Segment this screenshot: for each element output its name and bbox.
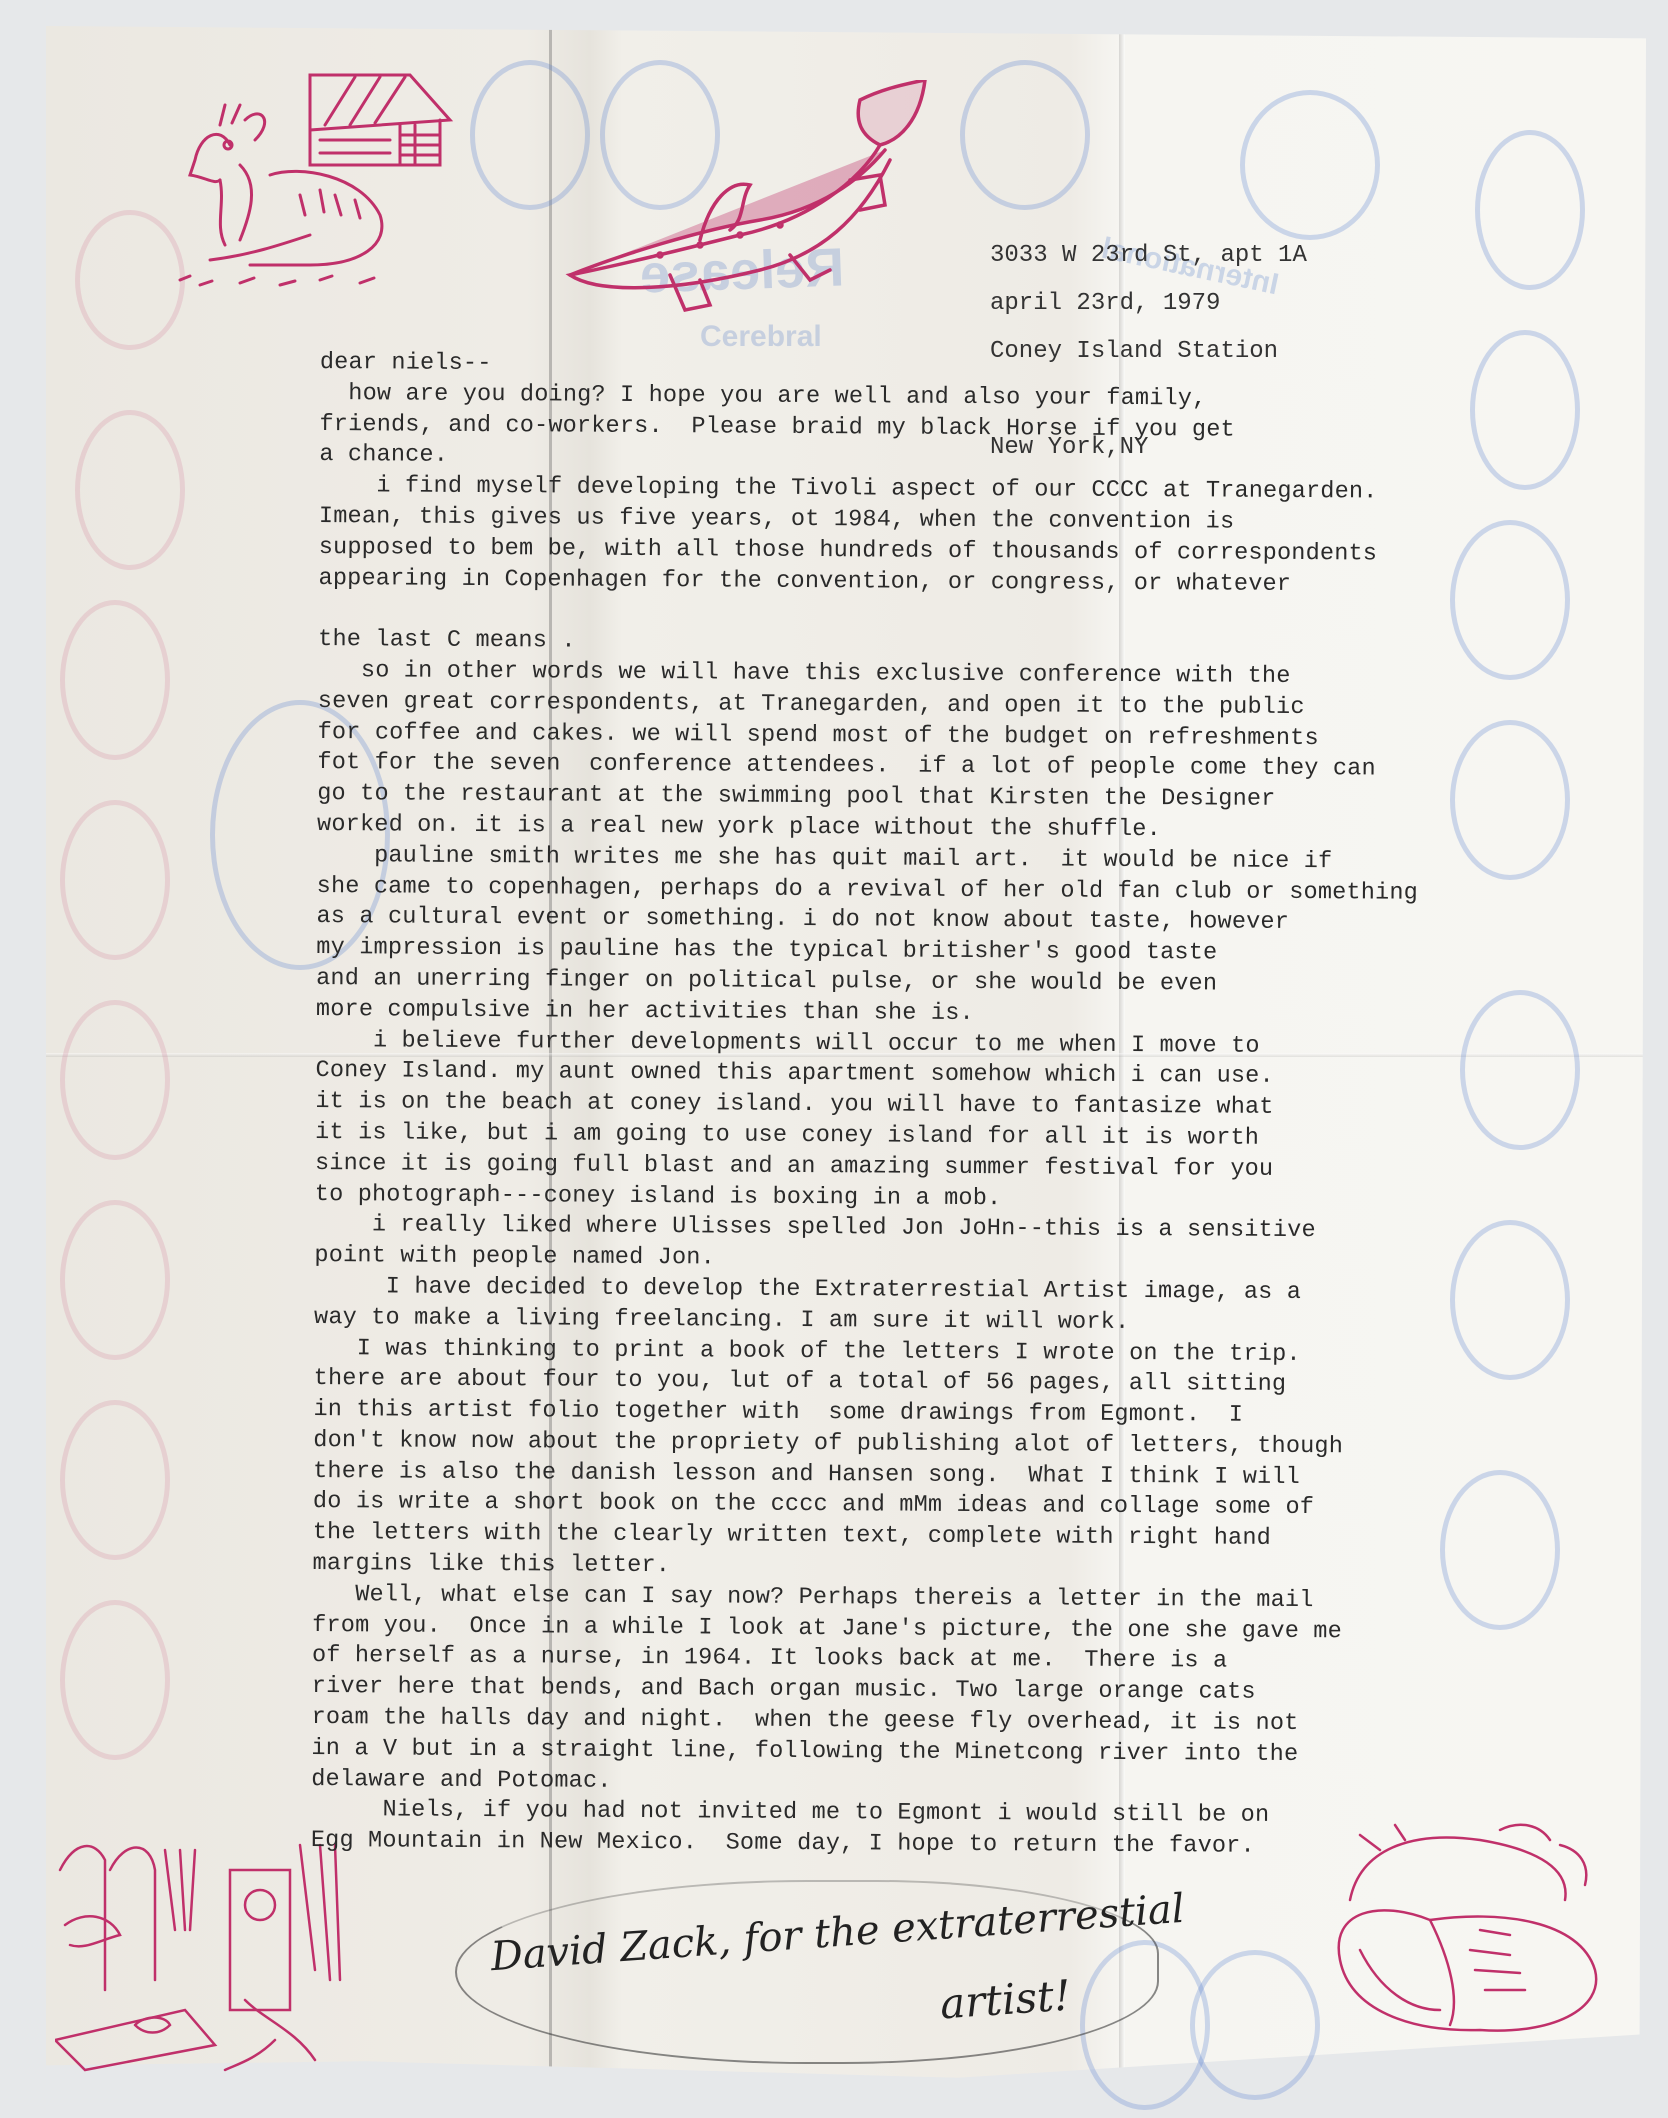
letter-body: dear niels-- how are you doing? I hope y… xyxy=(311,348,1580,1865)
background-stamp-oval xyxy=(60,600,170,760)
background-stamp-oval xyxy=(1475,130,1585,290)
address-line: 3033 W 23rd St, apt 1A xyxy=(990,240,1307,272)
letter-date: april 23rd, 1979 xyxy=(990,290,1220,317)
fish-stamp xyxy=(560,80,960,320)
background-stamp-oval xyxy=(60,1000,170,1160)
ghost-stamp-text: Cerebral xyxy=(700,320,822,354)
background-stamp-oval xyxy=(60,800,170,960)
background-stamp-oval xyxy=(1190,1950,1320,2100)
background-stamp-oval xyxy=(60,1600,170,1760)
background-stamp-oval xyxy=(75,410,185,570)
room-scene-stamp xyxy=(55,1830,355,2080)
goat-cabin-stamp xyxy=(160,65,480,305)
background-stamp-oval xyxy=(60,1400,170,1560)
handwritten-signature-continuation: artist! xyxy=(938,1970,1072,2028)
background-stamp-oval xyxy=(60,1200,170,1360)
